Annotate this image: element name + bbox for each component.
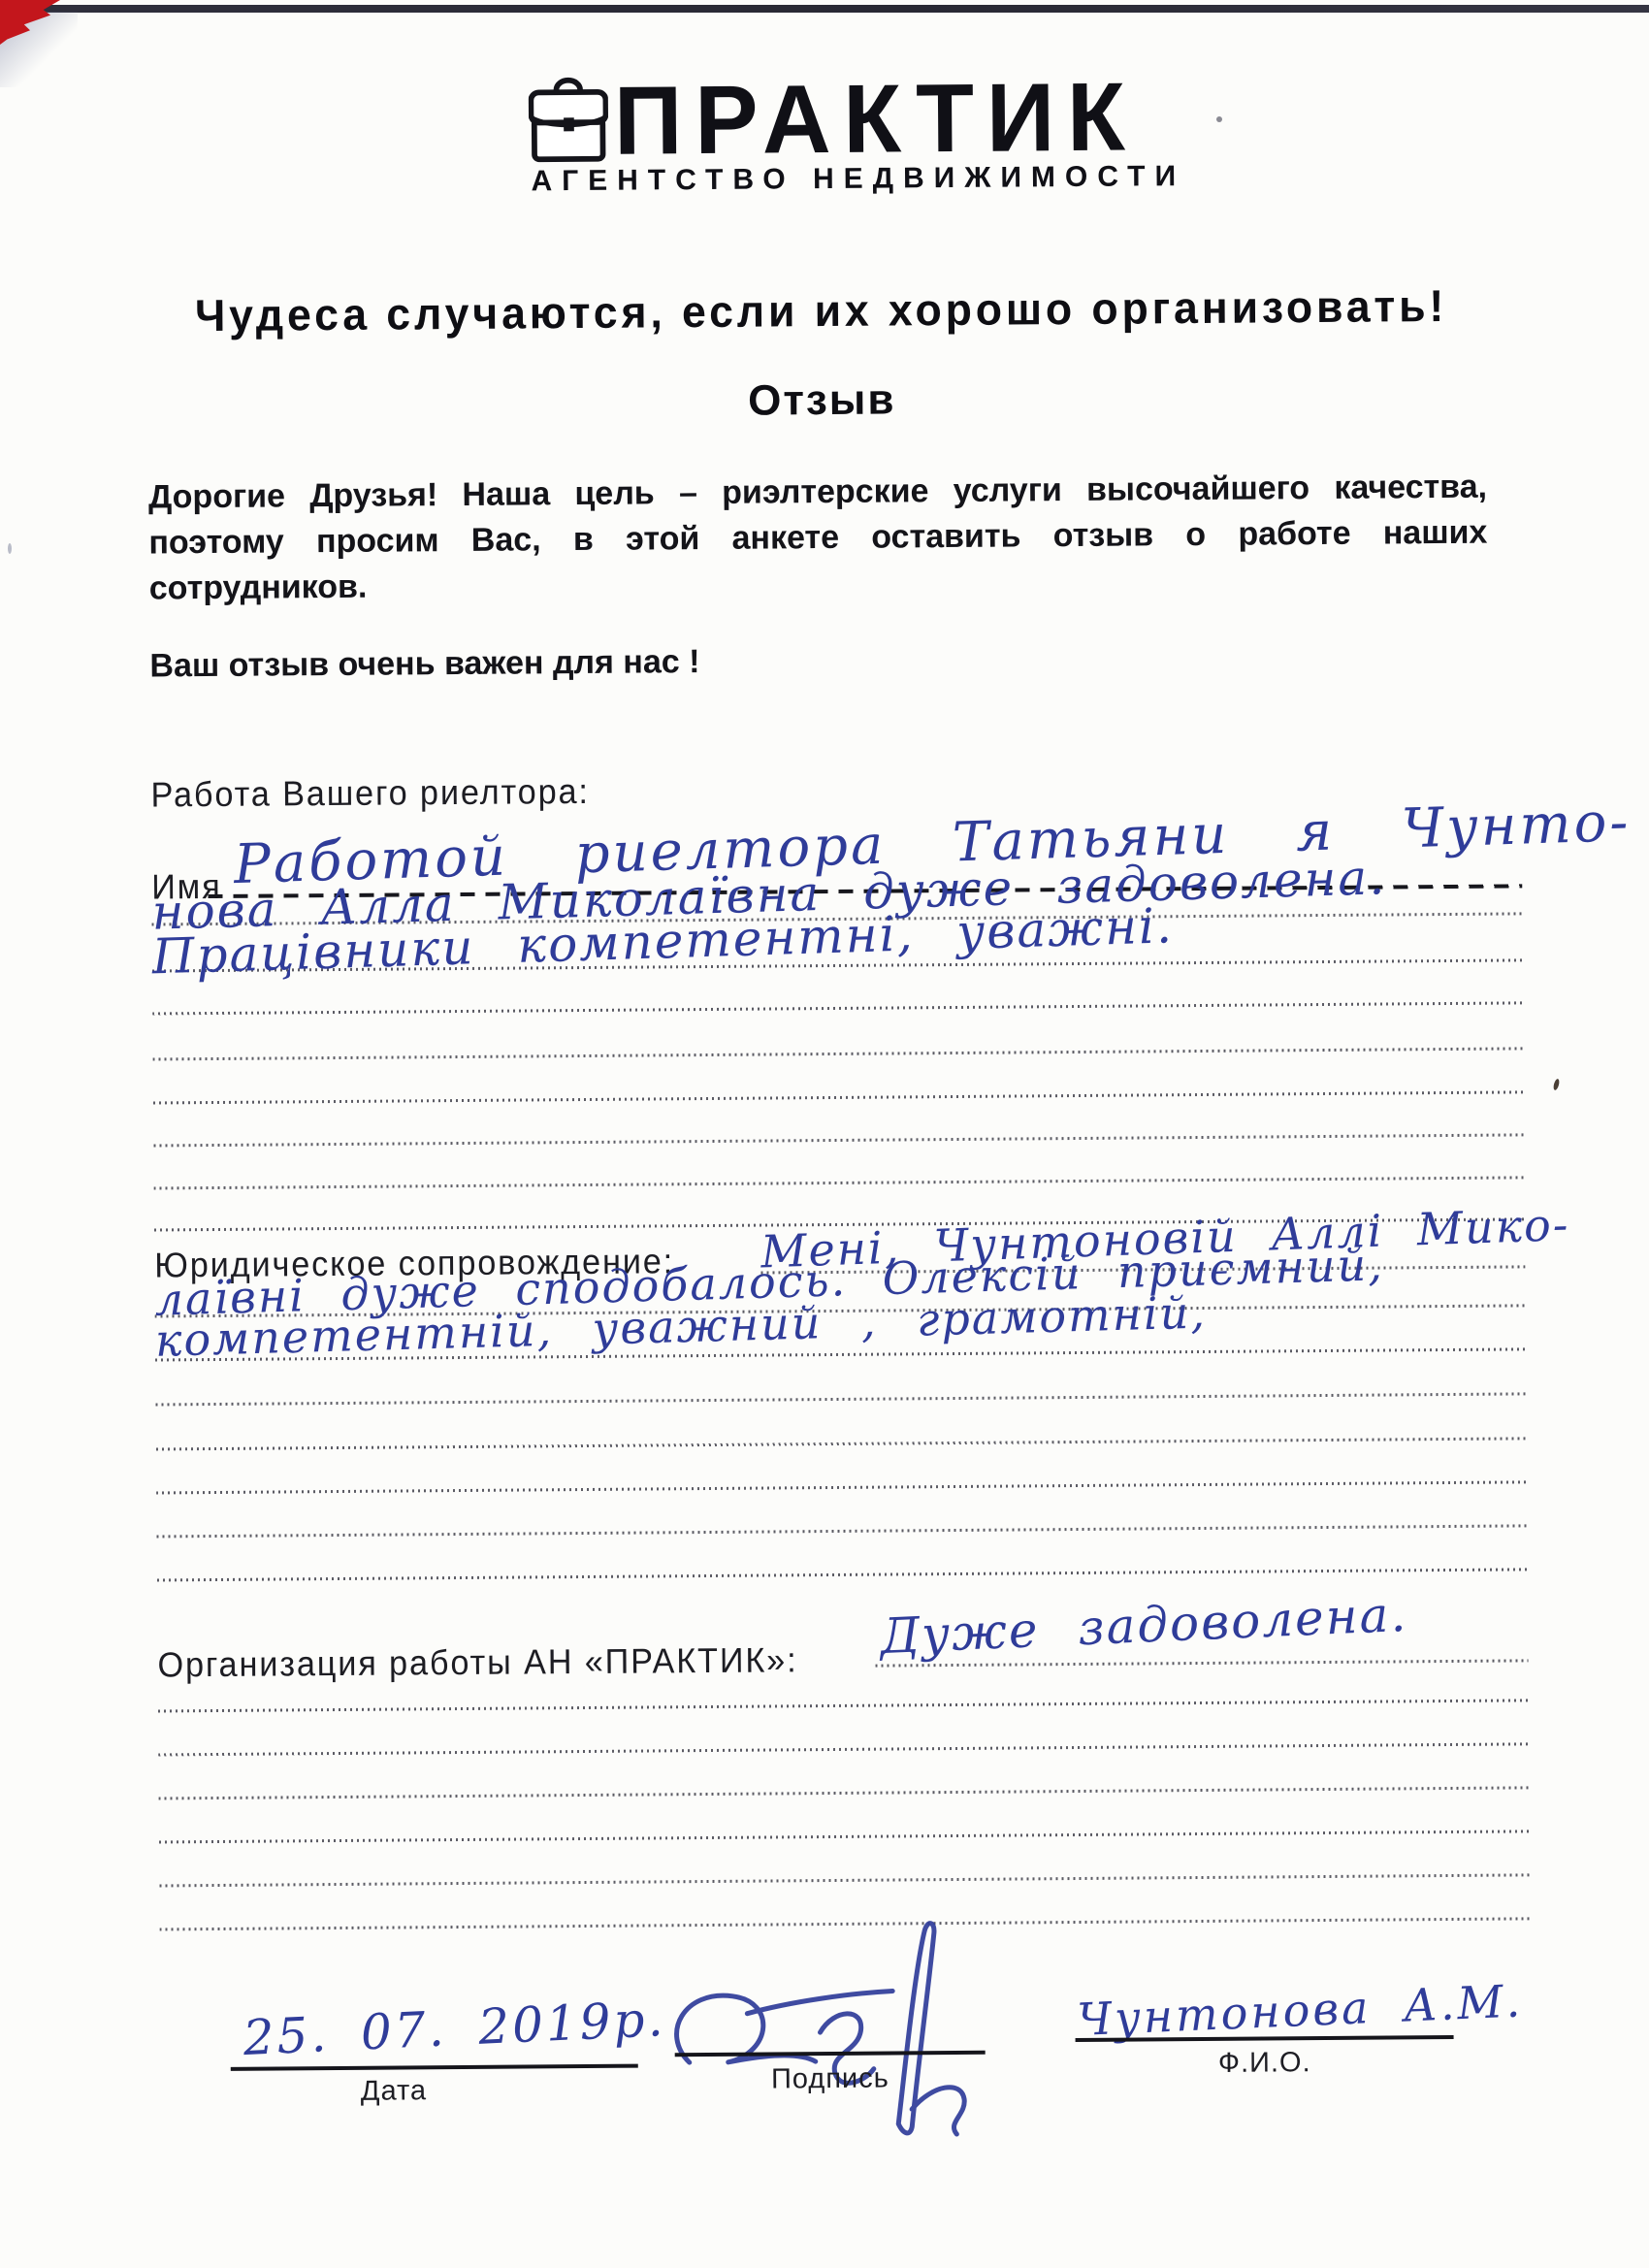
scanned-feedback-form: ПРАКТИК АГЕНТСТВО НЕДВИЖИМОСТИ Чудеса сл… bbox=[0, 0, 1649, 2268]
ruled-line bbox=[153, 1090, 1524, 1104]
ruled-line bbox=[159, 1873, 1530, 1887]
ruled-line bbox=[158, 1699, 1529, 1712]
section-label-organization: Организация работы АН «ПРАКТИК»: bbox=[157, 1639, 797, 1685]
handwritten-answer: Дуже задоволена. bbox=[879, 1589, 1408, 1663]
ruled-line bbox=[159, 1786, 1530, 1799]
brand-name: ПРАКТИК bbox=[614, 68, 1138, 169]
ruled-line bbox=[152, 1001, 1523, 1015]
ruled-line bbox=[156, 1524, 1527, 1538]
brand-logo: ПРАКТИК АГЕНТСТВО НЕДВИЖИМОСТИ bbox=[529, 65, 1170, 201]
ruled-line bbox=[155, 1392, 1526, 1406]
intro-line: сотрудников. bbox=[149, 568, 368, 608]
intro-line: поэтому просим Вас, в этой анкете остави… bbox=[148, 514, 1487, 563]
ruled-line bbox=[156, 1480, 1527, 1494]
ruled-line bbox=[154, 1176, 1525, 1189]
fio-value: Чунтонова А.М. bbox=[1077, 1977, 1525, 2043]
section-label-realtor: Работа Вашего риелтора: bbox=[150, 771, 590, 816]
intro-line: Дорогие Друзья! Наша цель – риэлтерские … bbox=[148, 469, 1487, 517]
date-line bbox=[231, 2064, 638, 2071]
ruled-line bbox=[153, 1133, 1524, 1147]
briefcase-icon bbox=[529, 72, 609, 167]
date-value: 25. 07. 2019р. bbox=[242, 1993, 666, 2064]
ruled-line bbox=[156, 1437, 1527, 1450]
headline: Чудеса случаются, если их хорошо организ… bbox=[167, 279, 1475, 342]
ruled-line bbox=[157, 1568, 1528, 1581]
ruled-line bbox=[159, 1830, 1530, 1843]
signature bbox=[655, 1914, 1074, 2140]
ruled-line bbox=[153, 1047, 1524, 1060]
form-title: Отзыв bbox=[147, 372, 1496, 431]
date-label: Дата bbox=[190, 2074, 598, 2109]
fio-label: Ф.И.О. bbox=[1076, 2046, 1454, 2081]
signature-label: Подпись bbox=[675, 2062, 986, 2097]
ruled-line bbox=[158, 1742, 1529, 1756]
brand-tagline: АГЕНТСТВО НЕДВИЖИМОСТИ bbox=[531, 160, 1185, 198]
importance-note: Ваш отзыв очень важен для нас ! bbox=[149, 643, 699, 685]
